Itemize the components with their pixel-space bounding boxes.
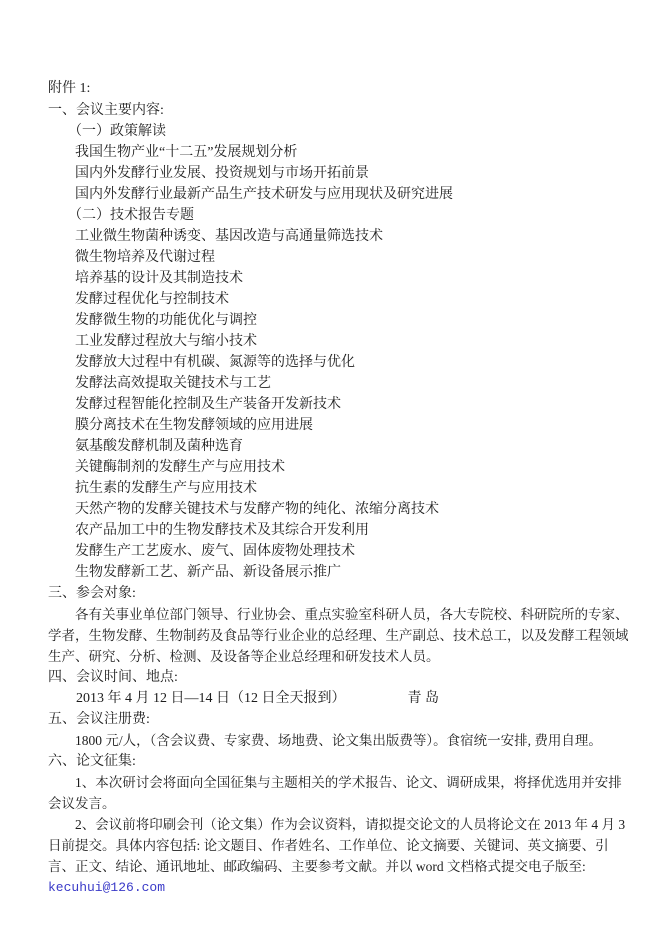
section-heading: 五、会议注册费: (48, 709, 634, 730)
topic-item: 生物发酵新工艺、新产品、新设备展示推广 (48, 562, 634, 583)
section-paragraph: 2、会议前将印刷会刊（论文集）作为会议资料，请拟提交论文的人员将论文在 2013… (48, 814, 634, 877)
meeting-date-line: 2013 年 4 月 12 日—14 日（12 日全天报到）青 岛 (48, 688, 634, 709)
section-paragraph: 1、本次研讨会将面向全国征集与主题相关的学术报告、论文、调研成果，将择优选用并安… (48, 772, 634, 814)
topic-item: 发酵放大过程中有机碳、氮源等的选择与优化 (48, 352, 634, 373)
document-body: 一、会议主要内容:（一）政策解读我国生物产业“十二五”发展规划分析国内外发酵行业… (48, 100, 634, 898)
topic-item: 农产品加工中的生物发酵技术及其综合开发利用 (48, 520, 634, 541)
topic-item: 发酵过程智能化控制及生产装备开发新技术 (48, 394, 634, 415)
topic-item: 我国生物产业“十二五”发展规划分析 (48, 142, 634, 163)
topic-item: 发酵生产工艺废水、废气、固体废物处理技术 (48, 541, 634, 562)
topic-item: 天然产物的发酵关键技术与发酵产物的纯化、浓缩分离技术 (48, 499, 634, 520)
topic-item: 氨基酸发酵机制及菌种选育 (48, 436, 634, 457)
section-paragraph: 各有关事业单位部门领导、行业协会、重点实验室科研人员，各大专院校、科研院所的专家… (48, 604, 634, 667)
section-heading: 六、论文征集: (48, 751, 634, 772)
topic-item: 抗生素的发酵生产与应用技术 (48, 478, 634, 499)
topic-item: 培养基的设计及其制造技术 (48, 268, 634, 289)
section-heading: 一、会议主要内容: (48, 100, 634, 121)
topic-item: 国内外发酵行业最新产品生产技术研发与应用现状及研究进展 (48, 184, 634, 205)
topic-item: 发酵微生物的功能优化与调控 (48, 310, 634, 331)
topic-item: 工业微生物菌种诱变、基因改造与高通量筛选技术 (48, 226, 634, 247)
meeting-location: 青 岛 (408, 691, 440, 706)
topic-item: 微生物培养及代谢过程 (48, 247, 634, 268)
email-link[interactable]: kecuhui@126.com (48, 880, 165, 895)
topic-item: 工业发酵过程放大与缩小技术 (48, 331, 634, 352)
topic-item: 膜分离技术在生物发酵领域的应用进展 (48, 415, 634, 436)
section-heading: 四、会议时间、地点: (48, 667, 634, 688)
subsection-heading: （一）政策解读 (48, 121, 634, 142)
document-page: 附件 1: 一、会议主要内容:（一）政策解读我国生物产业“十二五”发展规划分析国… (0, 0, 660, 933)
email-line: kecuhui@126.com (48, 877, 634, 898)
topic-item: 发酵过程优化与控制技术 (48, 289, 634, 310)
topic-item: 发酵法高效提取关键技术与工艺 (48, 373, 634, 394)
meeting-date: 2013 年 4 月 12 日—14 日（12 日全天报到） (76, 691, 346, 706)
attachment-label: 附件 1: (48, 78, 634, 99)
subsection-heading: （二）技术报告专题 (48, 205, 634, 226)
topic-item: 国内外发酵行业发展、投资规划与市场开拓前景 (48, 163, 634, 184)
topic-item: 关键酶制剂的发酵生产与应用技术 (48, 457, 634, 478)
section-paragraph: 1800 元/人，（含会议费、专家费、场地费、论文集出版费等）。食宿统一安排, … (48, 730, 634, 751)
section-heading: 三、参会对象: (48, 583, 634, 604)
